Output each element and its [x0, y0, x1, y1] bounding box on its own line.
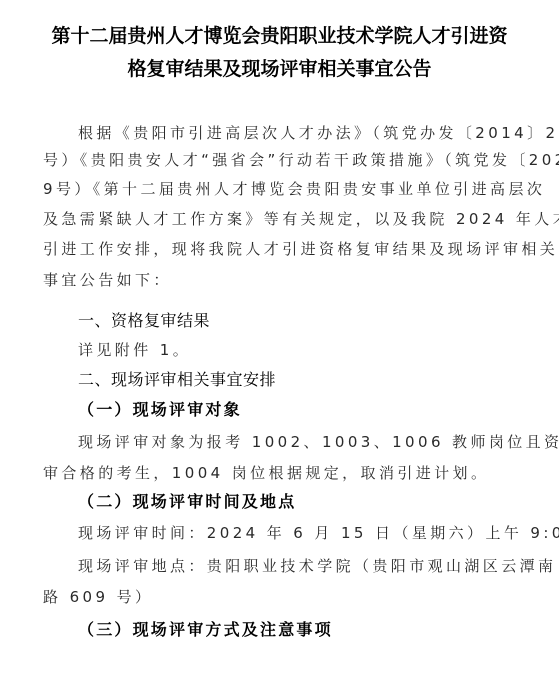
intro-line: 引进工作安排，现将我院人才引进资格复审结果及现场评审相关: [43, 239, 515, 259]
review-place-line: 路 609 号）: [43, 587, 153, 607]
intro-line: 事宜公告如下：: [43, 270, 172, 290]
section-body: 详见附件 1。: [78, 340, 191, 360]
subsection-line: 审合格的考生，1004 岗位根据规定，取消引进计划。: [43, 463, 489, 483]
document-title-line-2: 格复审结果及现场评审相关事宜公告: [0, 54, 559, 81]
subsection-heading: （二）现场评审时间及地点: [78, 492, 296, 512]
section-heading: 一、资格复审结果: [78, 311, 210, 331]
subsection-line: 现场评审对象为报考 1002、1003、1006 教师岗位且资格复: [78, 432, 515, 452]
review-time: 现场评审时间：2024 年 6 月 15 日（星期六）上午 9:00。: [78, 523, 559, 543]
intro-line: 号）《贵阳贵安人才“强省会”行动若干政策措施》（筑党发〔2021〕: [43, 150, 515, 170]
intro-line: 根据《贵阳市引进高层次人才办法》（筑党办发〔2014〕25: [78, 123, 515, 143]
intro-line: 9号）《第十二届贵州人才博览会贵阳贵安事业单位引进高层次: [43, 179, 515, 199]
subsection-heading: （三）现场评审方式及注意事项: [78, 620, 333, 640]
document-title-line-1: 第十二届贵州人才博览会贵阳职业技术学院人才引进资: [0, 21, 559, 48]
subsection-heading: （一）现场评审对象: [78, 400, 242, 420]
section-heading: 二、现场评审相关事宜安排: [78, 370, 276, 390]
review-place-line: 现场评审地点：贵阳职业技术学院（贵阳市观山湖区云潭南: [78, 556, 515, 576]
intro-line: 及急需紧缺人才工作方案》等有关规定，以及我院 2024 年人才: [43, 209, 515, 229]
